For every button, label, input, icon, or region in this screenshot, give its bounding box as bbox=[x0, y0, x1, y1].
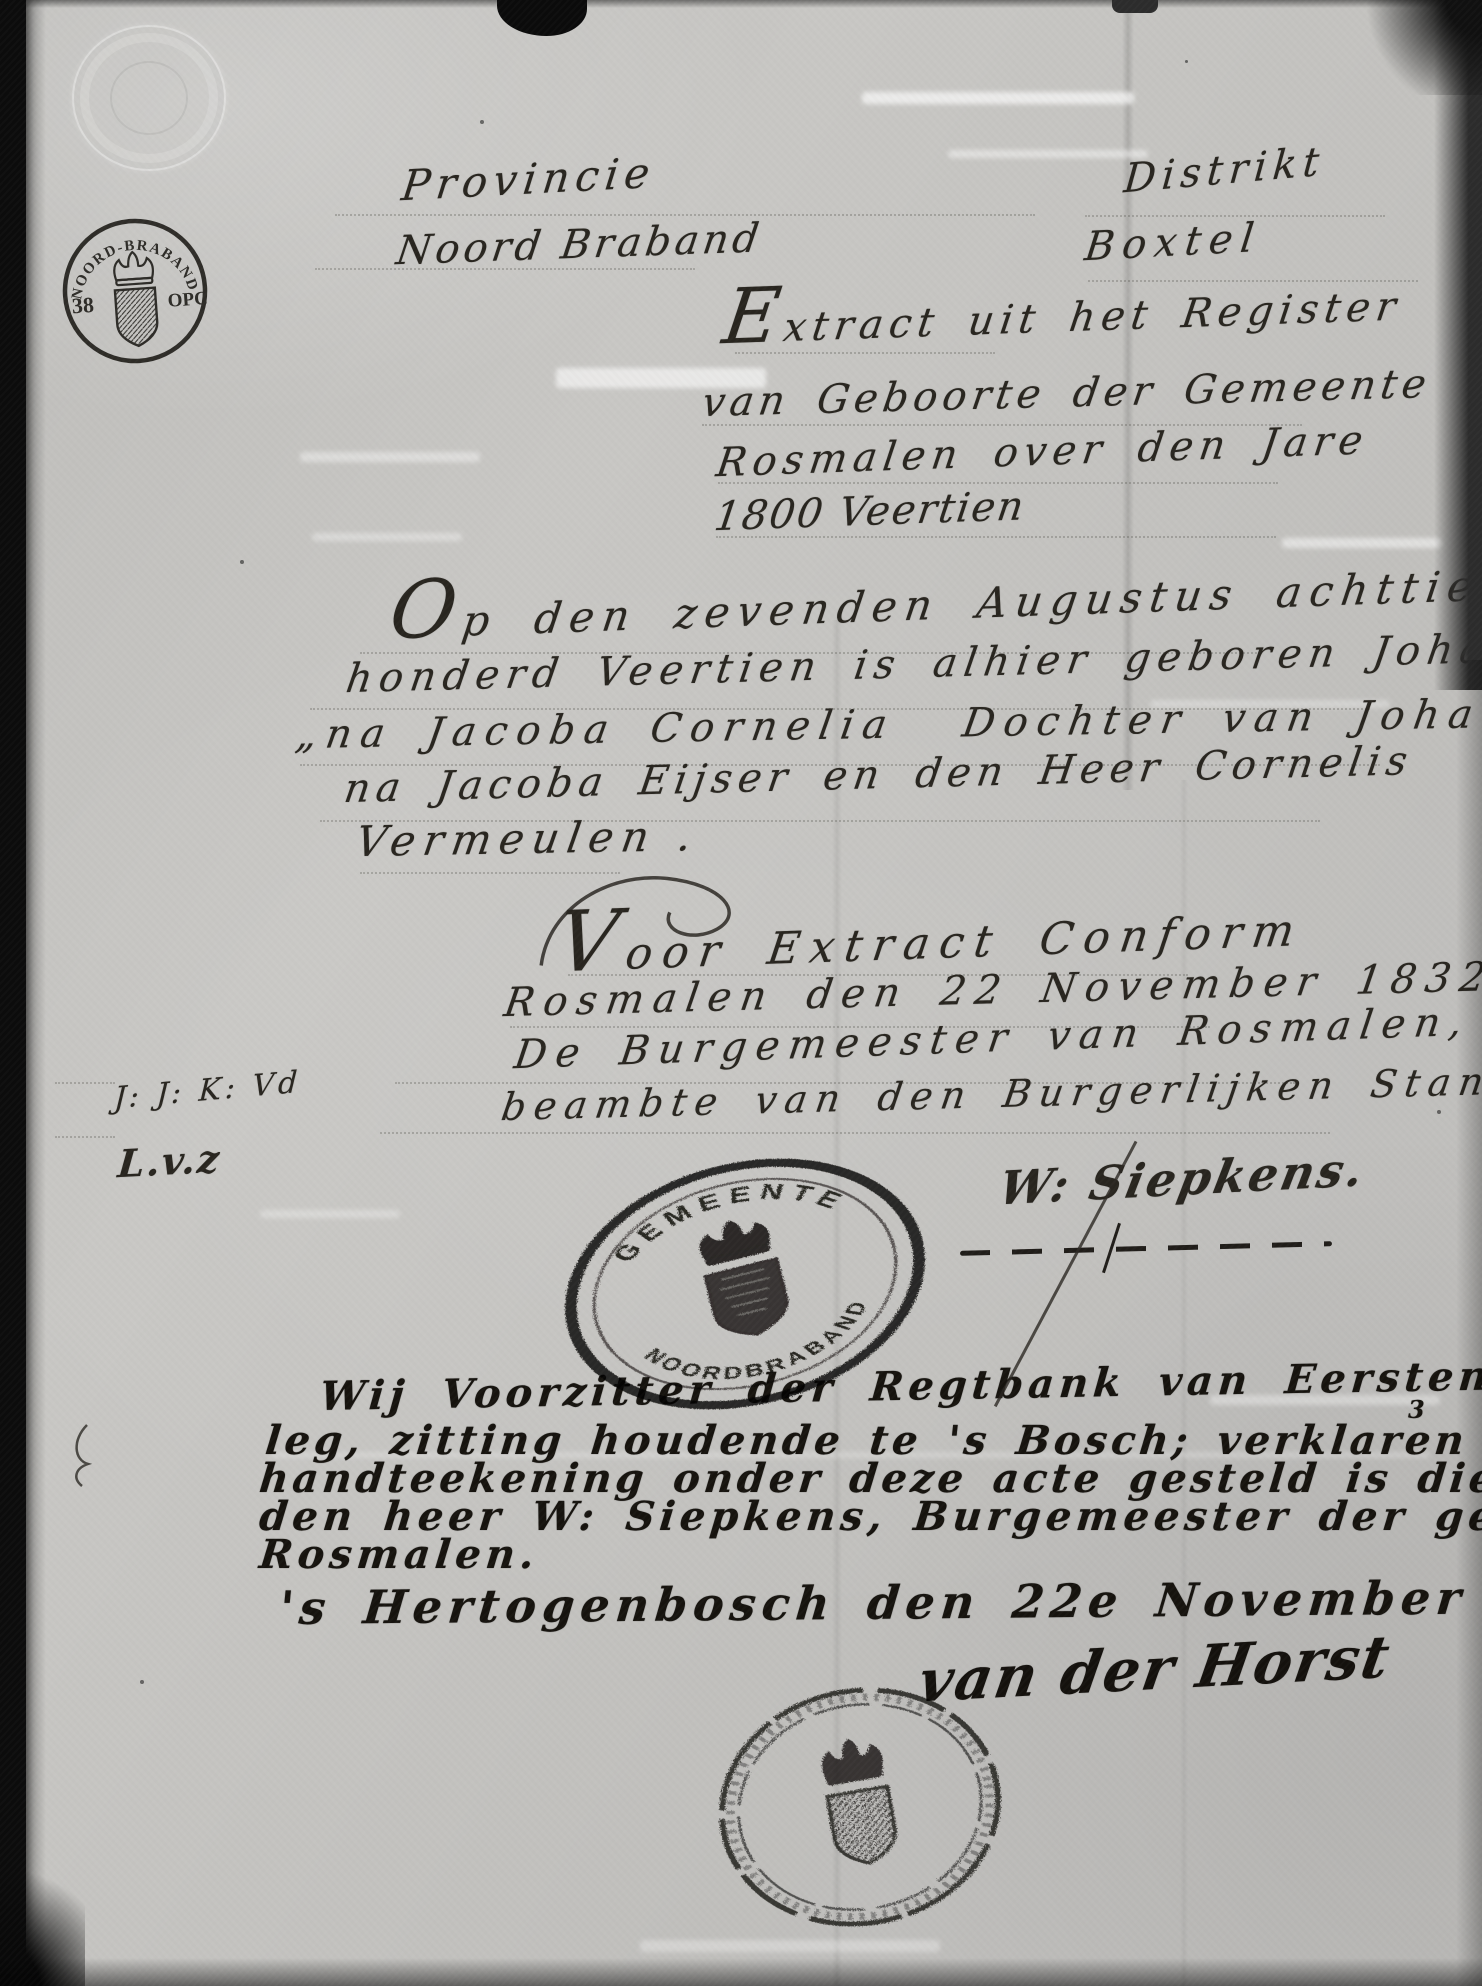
extract-title-line: van Geboorte der Gemeente bbox=[699, 361, 1434, 426]
paper-crease-streak bbox=[862, 92, 1134, 104]
crown-icon bbox=[696, 1213, 771, 1266]
ruled-line bbox=[55, 1136, 115, 1138]
ink-speck bbox=[480, 120, 484, 124]
margin-initials: J: J: K: Vd bbox=[113, 1066, 302, 1117]
crown-icon bbox=[819, 1735, 884, 1785]
municipal-stamp: GEMEENTE NOORDBRABAND bbox=[545, 1138, 945, 1428]
photo-edge-left-shadow bbox=[26, 0, 46, 1986]
ink-speck bbox=[1437, 1110, 1441, 1114]
province-label: Provincie bbox=[399, 149, 658, 211]
provincial-stamp-number: 38 bbox=[71, 292, 95, 318]
court-stamp bbox=[690, 1655, 1030, 1955]
signature-flourish bbox=[960, 1241, 1332, 1256]
ink-speck bbox=[1185, 60, 1188, 63]
provincial-stamp-code: OPC bbox=[167, 288, 208, 312]
ruled-line bbox=[55, 1082, 115, 1084]
embossed-seal bbox=[72, 25, 226, 171]
extract-title-line: Rosmalen over den Jare bbox=[713, 417, 1371, 486]
photo-edge-left bbox=[0, 0, 26, 1986]
ruled-line bbox=[380, 1132, 1330, 1134]
ruled-line bbox=[335, 214, 1035, 216]
province-value: Noord Braband bbox=[393, 215, 765, 274]
shield-icon bbox=[705, 1259, 793, 1344]
photo-tear-mark bbox=[497, 0, 587, 36]
ink-speck bbox=[240, 560, 244, 564]
document-photo: NOORD-BRABAND 38 OPC Provincie Noord Bra… bbox=[0, 0, 1482, 1986]
shield-icon bbox=[827, 1786, 900, 1868]
attestation-date: 's Hertogenbosch den 22e November 1832. bbox=[277, 1570, 1482, 1635]
paper-crease-streak bbox=[300, 452, 480, 462]
paper-crease-streak bbox=[948, 150, 1148, 158]
attestation-line: Rosmalen. bbox=[257, 1532, 541, 1578]
photo-edge-bottom bbox=[0, 1958, 1482, 1986]
paper-crease-streak bbox=[312, 533, 462, 541]
shield-icon bbox=[115, 288, 159, 348]
photo-corner-top-right bbox=[1352, 0, 1482, 95]
photo-tear-mark-small bbox=[1112, 0, 1158, 13]
margin-reference: L.v.z bbox=[116, 1137, 223, 1186]
extract-title-line: 1800 Veertien bbox=[711, 483, 1028, 540]
siepkens-signature: W: Siepkens. bbox=[995, 1143, 1371, 1216]
embossed-seal-ring bbox=[110, 61, 188, 135]
margin-mark bbox=[62, 1420, 112, 1492]
photo-edge-right-shadow bbox=[1456, 660, 1482, 1986]
photo-corner-bottom-left bbox=[0, 1851, 85, 1986]
district-label: Distrikt bbox=[1122, 138, 1327, 202]
extract-title-line: Extract uit het Register bbox=[719, 266, 1407, 353]
ink-speck bbox=[140, 1680, 144, 1684]
paper-crease-streak bbox=[260, 1210, 400, 1218]
district-value: Boxtel bbox=[1082, 215, 1264, 271]
provincial-stamp: NOORD-BRABAND 38 OPC bbox=[48, 205, 223, 377]
photo-edge-top bbox=[26, 0, 1452, 8]
